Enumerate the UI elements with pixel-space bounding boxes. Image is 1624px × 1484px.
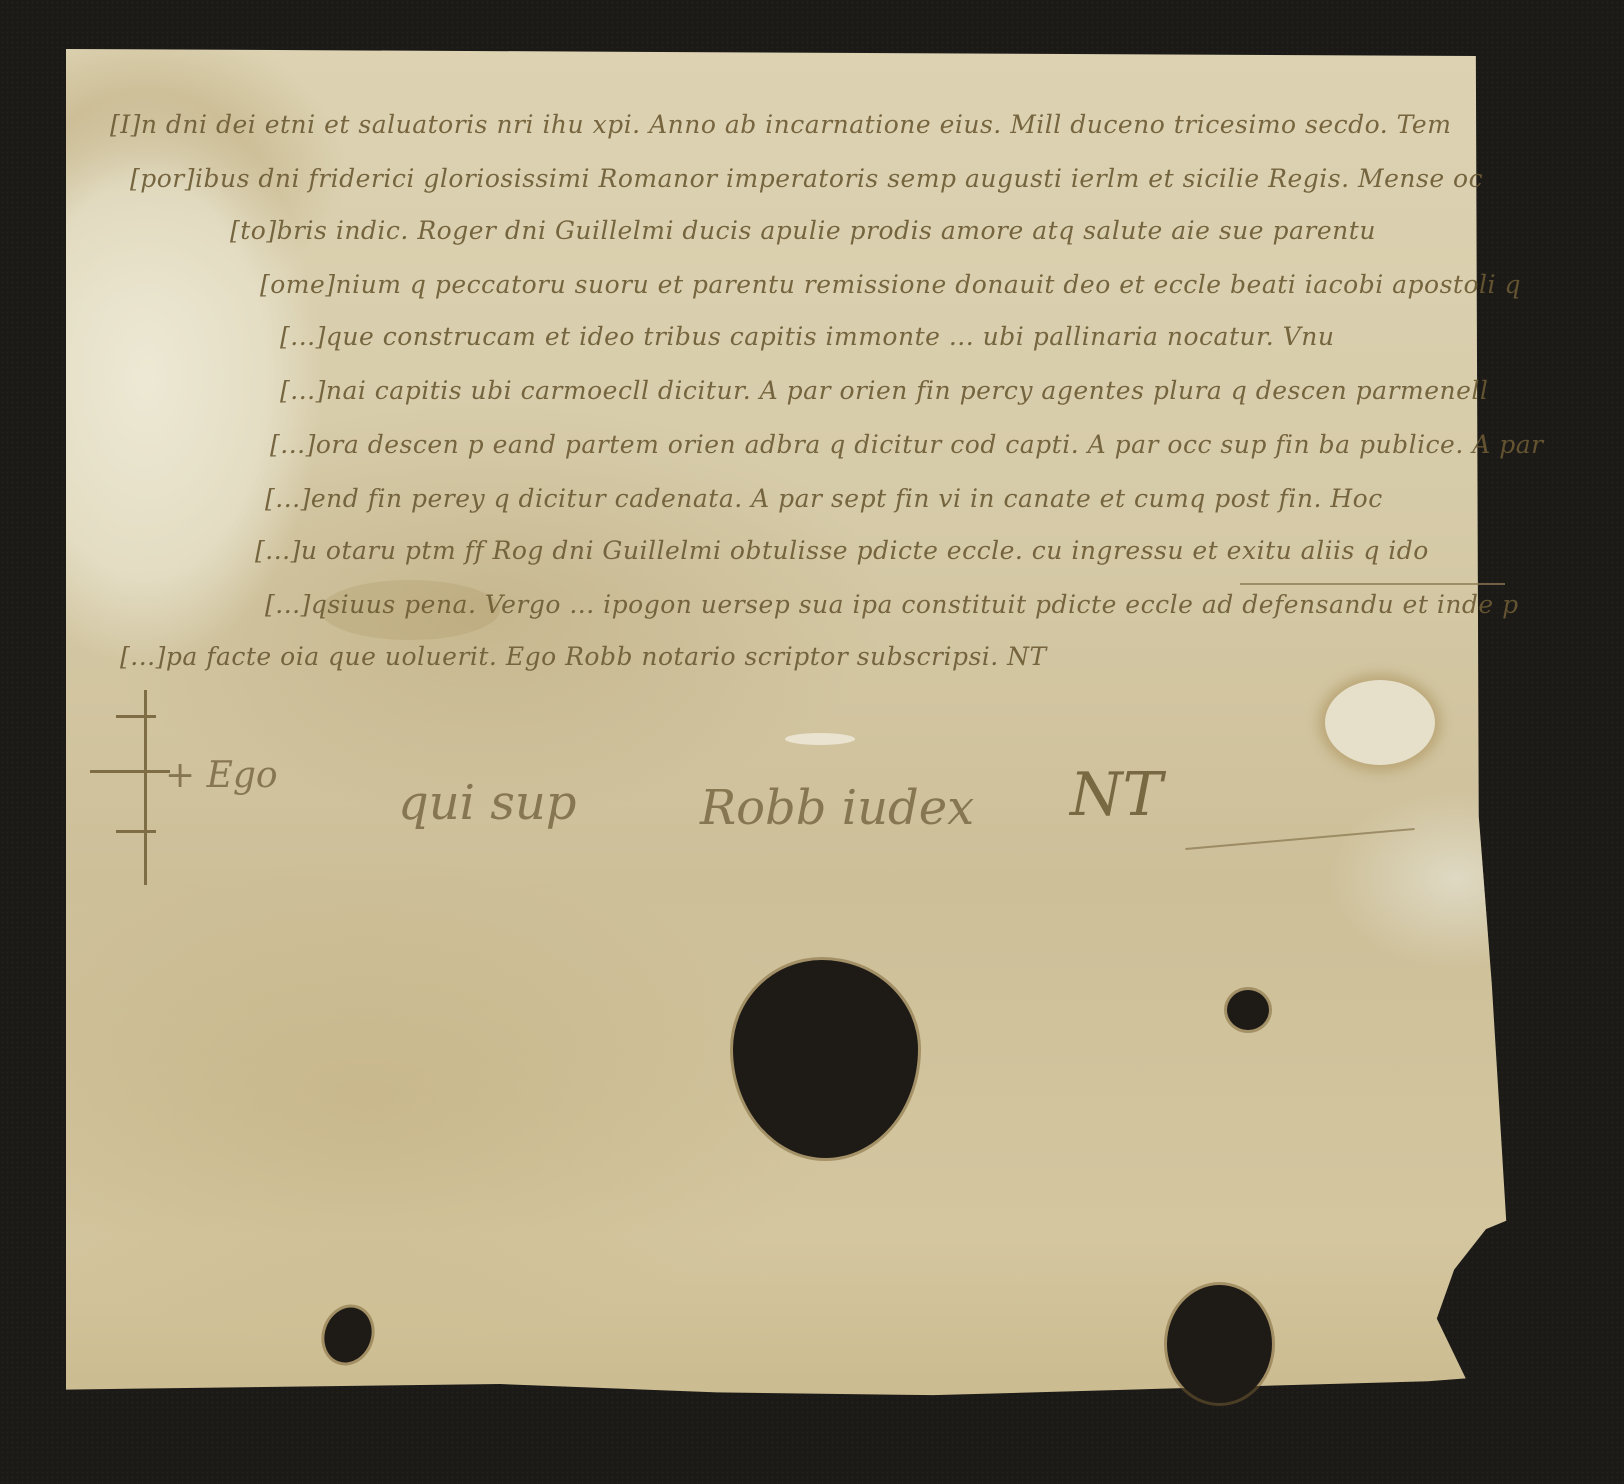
text-line: [...]ora descen p eand partem orien adbr… [270, 430, 1544, 459]
text-line: [...]que construcam et ideo tribus capit… [280, 322, 1334, 351]
text-line: [...]qsiuus pena. Vergo ... ipogon uerse… [265, 590, 1519, 619]
parchment-sheet [66, 49, 1512, 1444]
notary-rule [1240, 583, 1505, 585]
text-line: [...]end fin perey q dicitur cadenata. A… [265, 484, 1383, 513]
water-stain [1325, 680, 1435, 765]
text-line: [...]u otaru ptm ff Rog dni Guillelmi ob… [255, 536, 1429, 565]
seal-hole-small [1227, 990, 1269, 1030]
text-line: [...]nai capitis ubi carmoecll dicitur. … [280, 376, 1488, 405]
notary-monogram: NT [1070, 760, 1163, 830]
text-line: [por]ibus dni friderici gloriosissimi Ro… [130, 164, 1483, 193]
text-line: [...]pa facte oia que uoluerit. Ego Robb… [120, 642, 1047, 671]
signature-ego: + Ego [165, 755, 278, 796]
signature-judge: Robb iudex [700, 780, 974, 836]
abrasion-mark [785, 733, 855, 745]
signature-witness: qui sup [398, 775, 577, 831]
text-line: [to]bris indic. Roger dni Guillelmi duci… [230, 216, 1376, 245]
hole-bottom-right [1167, 1285, 1272, 1403]
text-line: [ome]nium q peccatoru suoru et parentu r… [260, 270, 1521, 299]
text-line: [I]n dni dei etni et saluatoris nri ihu … [110, 110, 1451, 139]
